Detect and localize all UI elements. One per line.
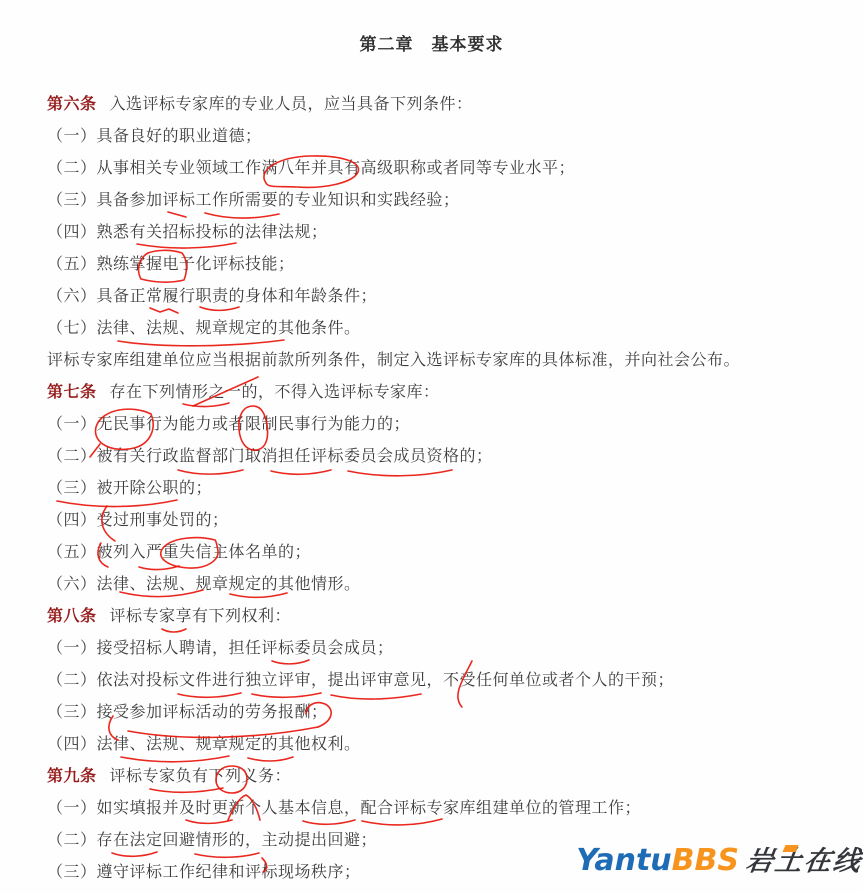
article-8-item-4: （四）法律、法规、规章规定的其他权利。 <box>47 728 847 760</box>
article-6-item-7: （七）法律、法规、规章规定的其他条件。 <box>47 312 847 344</box>
article-7-heading: 第七条存在下列情形之一的，不得入选评标专家库： <box>47 376 847 408</box>
article-7-number: 第七条 <box>47 382 97 401</box>
watermark-yantu-text: Yantu <box>576 843 671 878</box>
article-6-heading: 第六条入选评标专家库的专业人员，应当具备下列条件： <box>47 88 847 120</box>
yantubbs-watermark: YantuBBS岩土在线 <box>576 841 862 885</box>
article-9-item-1: （一）如实填报并及时更新个人基本信息，配合评标专家库组建单位的管理工作； <box>47 792 847 824</box>
article-7-intro: 存在下列情形之一的，不得入选评标专家库： <box>110 382 440 401</box>
article-7-item-2: （二）被有关行政监督部门取消担任评标委员会成员资格的； <box>47 440 847 472</box>
article-8-item-2: （二）依法对投标文件进行独立评审，提出评审意见，不受任何单位或者个人的干预； <box>47 664 847 696</box>
article-6-item-5: （五）熟练掌握电子化评标技能； <box>47 248 847 280</box>
article-7-item-4: （四）受过刑事处罚的； <box>47 504 847 536</box>
article-8-item-1: （一）接受招标人聘请，担任评标委员会成员； <box>47 632 847 664</box>
article-9-number: 第九条 <box>47 766 97 785</box>
article-8-item-3: （三）接受参加评标活动的劳务报酬； <box>47 696 847 728</box>
article-6-number: 第六条 <box>47 94 97 113</box>
document-page: 第二章 基本要求 第六条入选评标专家库的专业人员，应当具备下列条件： （一）具备… <box>0 0 863 893</box>
article-6-item-1: （一）具备良好的职业道德； <box>47 120 847 152</box>
article-7-item-5: （五）被列入严重失信主体名单的； <box>47 536 847 568</box>
chapter-title: 第二章 基本要求 <box>0 30 863 55</box>
watermark-bbs-text: BBS <box>672 843 739 878</box>
watermark-chinese-text: 岩土在线 <box>743 842 863 882</box>
article-9-intro: 评标专家负有下列义务： <box>110 766 292 785</box>
article-8-heading: 第八条评标专家享有下列权利： <box>47 600 847 632</box>
article-8-number: 第八条 <box>47 606 97 625</box>
article-9-heading: 第九条评标专家负有下列义务： <box>47 760 847 792</box>
article-6-intro: 入选评标专家库的专业人员，应当具备下列条件： <box>110 94 473 113</box>
article-7-item-6: （六）法律、法规、规章规定的其他情形。 <box>47 568 847 600</box>
article-6-item-6: （六）具备正常履行职责的身体和年龄条件； <box>47 280 847 312</box>
article-6-item-2: （二）从事相关专业领域工作满八年并具有高级职称或者同等专业水平； <box>47 152 847 184</box>
article-6-closing: 评标专家库组建单位应当根据前款所列条件，制定入选评标专家库的具体标准，并向社会公… <box>47 344 847 376</box>
document-body: 第六条入选评标专家库的专业人员，应当具备下列条件： （一）具备良好的职业道德； … <box>47 88 847 888</box>
article-6-item-4: （四）熟悉有关招标投标的法律法规； <box>47 216 847 248</box>
article-7-item-3: （三）被开除公职的； <box>47 472 847 504</box>
article-8-intro: 评标专家享有下列权利： <box>110 606 292 625</box>
article-6-item-3: （三）具备参加评标工作所需要的专业知识和实践经验； <box>47 184 847 216</box>
article-7-item-1: （一）无民事行为能力或者限制民事行为能力的； <box>47 408 847 440</box>
